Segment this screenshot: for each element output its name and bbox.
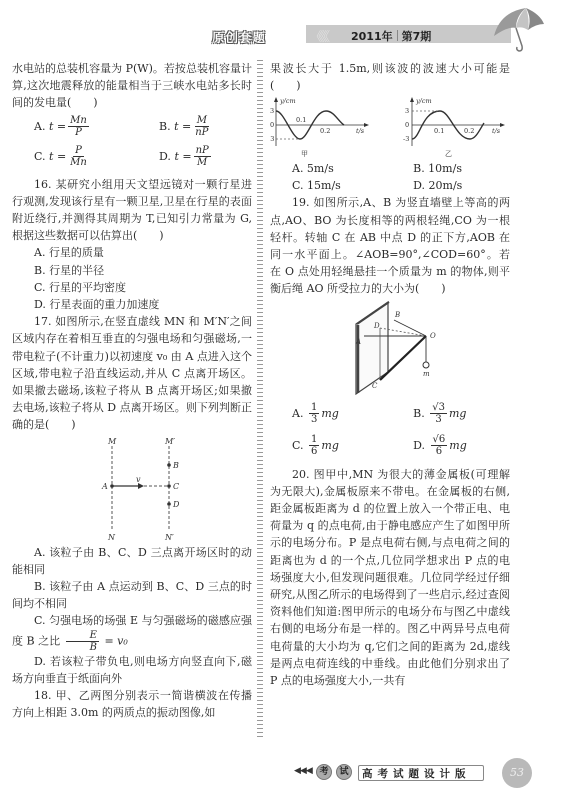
option-suffix: mg: [449, 405, 466, 422]
label-d: D: [172, 500, 180, 509]
q19-stem: 19. 如图所示,A、B 为竖直墙壁上等高的两点,AO、BO 为长度相等的两根轻…: [270, 194, 510, 297]
triangle-left-icon: ◀◀◀: [294, 766, 312, 776]
label-b: B: [394, 311, 400, 319]
label-o: O: [430, 332, 436, 340]
option-suffix: mg: [321, 437, 338, 454]
q20-stem: 20. 图甲中,MN 为很大的薄金属板(可理解为无限大),金属板原来不带电。在金…: [270, 466, 510, 690]
option-lhs: t =: [49, 148, 66, 165]
option-label: B.: [159, 118, 171, 135]
svg-text:0.2: 0.2: [320, 127, 330, 135]
svg-text:0: 0: [405, 121, 409, 129]
svg-text:3: 3: [405, 107, 409, 115]
q17-option-c: C. 匀强电场的场强 E 与匀强磁场的磁感应强度 B 之比 EB = v₀: [12, 612, 252, 652]
svg-text:t/s: t/s: [356, 127, 365, 135]
option-label: D.: [159, 148, 171, 165]
denominator: M: [195, 157, 209, 168]
option-label: A.: [292, 405, 303, 422]
fraction: MnP: [68, 115, 89, 138]
issue-info: 2011年第7期: [351, 28, 431, 44]
denominator: 6: [434, 446, 444, 457]
fraction: √33: [430, 402, 447, 425]
option-suffix: mg: [449, 437, 466, 454]
denominator: P: [73, 127, 84, 138]
numerator: 1: [309, 402, 319, 414]
q15-options-row-1: A. t = MnP B. t = MnP: [12, 112, 252, 142]
wall-rope-diagram: A B C D O m: [270, 298, 510, 398]
footer-title: 高考试题设计版: [362, 766, 471, 781]
svg-text:-3: -3: [403, 135, 409, 143]
fraction: 13: [309, 402, 319, 425]
q16-stem: 16. 某研究小组用天文望远镜对一颗行星进行观测,发现该行星有一颗卫星,卫星在行…: [12, 176, 252, 245]
option-lhs: t =: [49, 118, 66, 135]
label-m: M: [107, 437, 117, 446]
q18-stem-continued: 果波长大于 1.5m,则该波的波速大小可能是( ): [270, 60, 510, 94]
numerator: nP: [194, 145, 211, 157]
numerator: Mn: [68, 115, 89, 127]
separator: [397, 30, 398, 41]
option-label: A.: [34, 118, 45, 135]
chevron-left-icon: 《《《: [310, 26, 327, 45]
q18-option-a: A. 5m/s: [292, 160, 413, 177]
label-d: D: [373, 322, 380, 330]
q15-options-row-2: C. t = PMn D. t = nPM: [12, 142, 252, 172]
right-column: 果波长大于 1.5m,则该波的波速大小可能是( ) y/cm 3 0 -3 0.…: [270, 60, 510, 689]
q16-option-d: D. 行星表面的重力加速度: [12, 296, 252, 313]
q15-option-d: D. t = nPM: [159, 145, 252, 168]
q19-options-row-1: A. 13 mg B. √33 mg: [270, 398, 510, 430]
q17-option-b: B. 该粒子由 A 点运动到 B、C、D 三点的时间均不相同: [12, 578, 252, 612]
option-c-suffix: = v₀: [104, 634, 127, 647]
q15-option-a: A. t = MnP: [34, 115, 127, 138]
numerator: √6: [431, 434, 448, 446]
denominator: 3: [433, 414, 443, 425]
q18-options-row-2: C. 15m/s D. 20m/s: [270, 177, 510, 194]
caption-yi: 乙: [445, 150, 452, 158]
option-lhs: t =: [174, 118, 191, 135]
fraction: nPM: [194, 145, 211, 168]
svg-text:y/cm: y/cm: [415, 97, 432, 105]
label-a: A: [355, 338, 361, 346]
numerator: 1: [309, 434, 319, 446]
label-a: A: [101, 482, 108, 491]
q17-stem: 17. 如图所示,在竖直虚线 MN 和 M′N′之间区域内存在着相互垂直的匀强电…: [12, 313, 252, 433]
q19-option-b: B. √33 mg: [413, 402, 510, 425]
denominator: B: [66, 642, 99, 653]
option-label: C.: [34, 148, 46, 165]
umbrella-icon: [486, 6, 546, 54]
fraction: √66: [431, 434, 448, 457]
numerator: E: [66, 630, 99, 642]
numerator: √3: [430, 402, 447, 414]
svg-text:-3: -3: [270, 135, 274, 143]
denominator: Mn: [68, 157, 89, 168]
option-lhs: t =: [174, 148, 191, 165]
graph-yi: y/cm 3 0 -3 0.1 0.2 t/s 乙: [403, 97, 505, 158]
option-label: B.: [413, 405, 425, 422]
denominator: 3: [309, 414, 319, 425]
page-number: 53: [502, 758, 532, 788]
denominator: nP: [193, 127, 210, 138]
caption-jia: 甲: [301, 150, 308, 158]
q19-option-a: A. 13 mg: [292, 402, 413, 425]
q19-figure: A B C D O m: [270, 298, 510, 398]
page-header: 原创套题 《《《 2011年第7期: [0, 0, 581, 55]
q19-option-d: D. √66 mg: [413, 434, 510, 457]
label-b: B: [172, 461, 179, 470]
badge-kao: 考: [316, 764, 332, 780]
badge-shi: 试: [336, 764, 352, 780]
vibration-graphs: y/cm 3 0 -3 0.1 0.2 t/s 甲 y/cm 3 0 -3: [270, 96, 510, 160]
svg-text:0.1: 0.1: [434, 127, 444, 135]
denominator: 6: [309, 446, 319, 457]
svg-text:0: 0: [270, 121, 274, 129]
label-m-prime: M′: [164, 437, 175, 446]
q19-option-c: C. 16 mg: [292, 434, 413, 457]
q18-option-c: C. 15m/s: [292, 177, 413, 194]
option-suffix: mg: [321, 405, 338, 422]
fraction: PMn: [68, 145, 89, 168]
q16-option-b: B. 行星的半径: [12, 262, 252, 279]
q19-options-row-2: C. 16 mg D. √66 mg: [270, 430, 510, 462]
label-m: m: [423, 370, 430, 378]
graph-jia: y/cm 3 0 -3 0.1 0.2 t/s 甲: [270, 97, 369, 158]
q18-figures: y/cm 3 0 -3 0.1 0.2 t/s 甲 y/cm 3 0 -3: [270, 96, 510, 160]
svg-text:3: 3: [270, 107, 274, 115]
numerator: M: [195, 115, 209, 127]
q15-stem-continued: 水电站的总装机容量为 P(W)。若按总装机容量计算,这次地震释放的能量相当于三峡…: [12, 60, 252, 112]
svg-text:0.2: 0.2: [464, 127, 474, 135]
q17-option-d: D. 若该粒子带负电,则电场方向竖直向下,磁场方向垂直于纸面向外: [12, 653, 252, 687]
column-divider: [257, 60, 263, 740]
q15-option-b: B. t = MnP: [159, 115, 252, 138]
q15-option-c: C. t = PMn: [34, 145, 127, 168]
q17-option-a: A. 该粒子由 B、C、D 三点离开场区时的动能相同: [12, 544, 252, 578]
issue-year: 2011年: [351, 30, 393, 43]
q18-option-b: B. 10m/s: [413, 160, 510, 177]
svg-text:0.1: 0.1: [296, 116, 306, 124]
fraction: MnP: [193, 115, 210, 138]
issue-number: 第7期: [402, 30, 432, 43]
field-region-diagram: M M′ N N′ A B C D v: [12, 434, 252, 544]
q18-stem: 18. 甲、乙两图分别表示一简谐横波在传播方向上相距 3.0m 的两质点的振动图…: [12, 687, 252, 721]
fraction: 16: [309, 434, 319, 457]
label-c: C: [173, 482, 179, 491]
option-c-text: C. 匀强电场的场强 E 与匀强磁场的磁感应强度 B 之比: [12, 614, 252, 647]
q16-option-c: C. 行星的平均密度: [12, 279, 252, 296]
left-column: 水电站的总装机容量为 P(W)。若按总装机容量计算,这次地震释放的能量相当于三峡…: [12, 60, 252, 721]
label-n: N: [107, 533, 116, 542]
numerator: P: [73, 145, 84, 157]
svg-text:y/cm: y/cm: [279, 97, 296, 105]
label-c: C: [372, 382, 378, 390]
label-v: v: [136, 475, 141, 484]
q18-options-row-1: A. 5m/s B. 10m/s: [270, 160, 510, 177]
label-n-prime: N′: [164, 533, 174, 542]
q16-option-a: A. 行星的质量: [12, 244, 252, 261]
q18-option-d: D. 20m/s: [413, 177, 510, 194]
option-label: D.: [413, 437, 425, 454]
svg-text:t/s: t/s: [492, 127, 501, 135]
column-brand-title: 原创套题: [212, 28, 266, 46]
fraction: EB: [66, 630, 99, 653]
q17-figure: M M′ N N′ A B C D v: [12, 434, 252, 544]
option-label: C.: [292, 437, 304, 454]
